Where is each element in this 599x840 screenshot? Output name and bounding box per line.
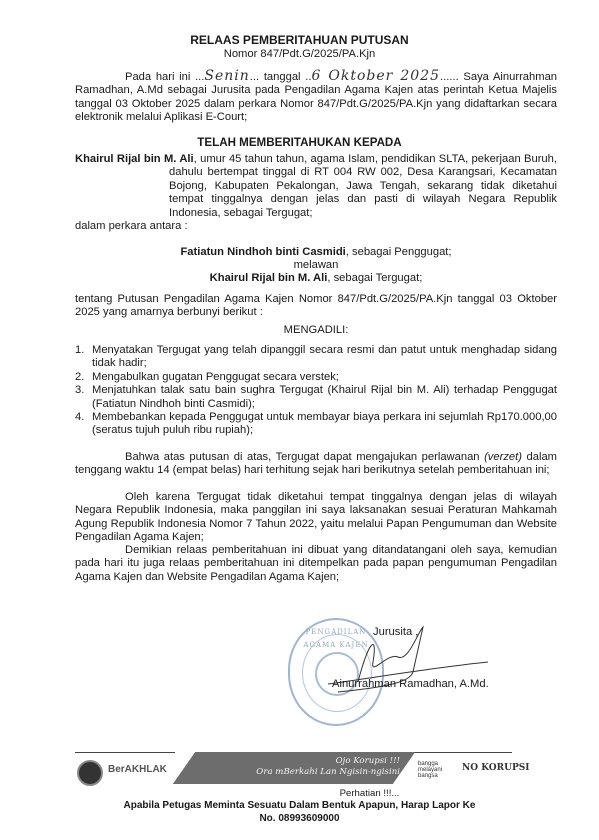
verdict-list: 1.Menyatakan Tergugat yang telah dipangg… <box>75 344 557 438</box>
plaintiff-name: Fatiatun Nindhoh binti Casmidi <box>180 246 345 258</box>
date-label: tanggal <box>264 71 301 83</box>
recipient-name: Khairul Rijal bin M. Ali <box>75 153 194 165</box>
verdict-item: 4.Membebankan kepada Penggugat untuk mem… <box>75 411 557 438</box>
slogan-text: Ojo Korupsi !!! Ora mBerkahi Lan Ngisin-… <box>190 756 400 778</box>
opening-paragraph: Pada hari ini ...Senin... tanggal ..6 Ok… <box>75 70 557 125</box>
document-title: RELAAS PEMBERITAHUAN PUTUSAN <box>0 34 599 47</box>
report-notice: Apabila Petugas Meminta Sesuatu Dalam Be… <box>0 799 599 812</box>
verdict-item: 1.Menyatakan Tergugat yang telah dipangg… <box>75 344 557 371</box>
plaintiff-line: Fatiatun Nindhoh binti Casmidi, sebagai … <box>75 246 557 259</box>
recipient-details: , umur 45 tahun tahun, agama Islam, pend… <box>169 153 557 219</box>
bangga-melayani-logo: bangga melayani bangsa <box>418 761 458 779</box>
opening-prefix: Pada hari ini <box>125 71 190 83</box>
no-korupsi-logo: NO KORUPSI <box>462 762 529 775</box>
handwritten-day: Senin <box>204 68 249 84</box>
summons-paragraph: Oleh karena Tergugat tidak diketahui tem… <box>75 491 557 545</box>
report-phone: No. 08993609000 <box>0 812 599 825</box>
handwritten-date: 6 Oktober 2025 <box>311 68 440 84</box>
defendant-role: , sebagai Tergugat; <box>327 272 422 284</box>
notified-heading: TELAH MEMBERITAHUKAN KEPADA <box>0 136 599 149</box>
verdict-item: 3.Menjatuhkan talak satu bain sughra Ter… <box>75 384 557 411</box>
plaintiff-role: , sebagai Penggugat; <box>346 246 452 258</box>
signer-name: Ainurrahman Ramadhan, A.Md. <box>332 678 489 691</box>
verdict-item: 2.Mengabulkan gugatan Penggugat secara v… <box>75 371 557 384</box>
berakhlak-logo: BerAKHLAK <box>108 763 167 776</box>
defendant-name: Khairul Rijal bin M. Ali <box>210 272 328 284</box>
about-paragraph: tentang Putusan Pengadilan Agama Kajen N… <box>75 293 557 320</box>
parties-intro: dalam perkara antara : <box>75 220 557 233</box>
closing-paragraph: Demikian relaas pemberitahuan ini dibuat… <box>75 544 557 584</box>
verzet-paragraph: Bahwa atas putusan di atas, Tergugat dap… <box>75 451 557 478</box>
berakhlak-emblem-icon <box>77 760 103 786</box>
mengadili-heading: MENGADILI: <box>75 324 557 337</box>
signature-role: Jurusita , <box>373 626 418 639</box>
defendant-line: Khairul Rijal bin M. Ali, sebagai Tergug… <box>75 272 557 285</box>
versus: melawan <box>75 259 557 272</box>
document-number: Nomor 847/Pdt.G/2025/PA.Kjn <box>0 48 599 61</box>
document-page: RELAAS PEMBERITAHUAN PUTUSAN Nomor 847/P… <box>0 0 599 840</box>
recipient-block: Khairul Rijal bin M. Ali, umur 45 tahun … <box>75 153 557 220</box>
